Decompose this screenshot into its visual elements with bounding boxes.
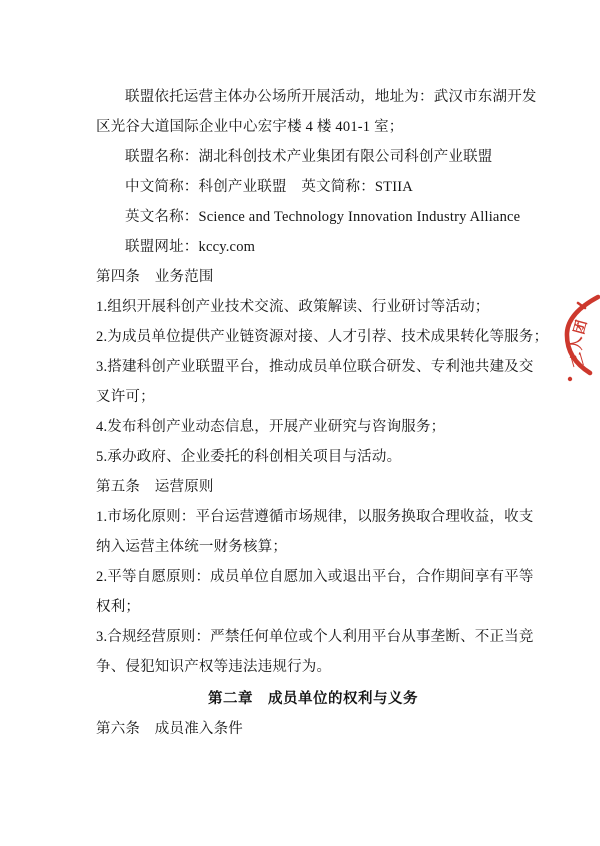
text-line: 2.平等自愿原则：成员单位自愿加入或退出平台，合作期间享有平等	[96, 562, 530, 592]
text-line: 争、侵犯知识产权等违法违规行为。	[96, 652, 530, 682]
document-lines: 联盟依托运营主体办公场所开展活动，地址为：武汉市东湖开发区光谷大道国际企业中心宏…	[96, 82, 530, 744]
text-line: 3.合规经营原则：严禁任何单位或个人利用平台从事垄断、不正当竞	[96, 622, 530, 652]
text-line: 联盟网址：kccy.com	[96, 232, 530, 262]
seal-char: 团	[570, 318, 590, 336]
document-page: 联盟依托运营主体办公场所开展活动，地址为：武汉市东湖开发区光谷大道国际企业中心宏…	[0, 0, 600, 846]
text-line: 中文简称：科创产业联盟 英文简称：STIIA	[96, 172, 530, 202]
text-line: 联盟名称：湖北科创技术产业集团有限公司科创产业联盟	[96, 142, 530, 172]
text-line: 权利；	[96, 592, 530, 622]
text-line: 联盟依托运营主体办公场所开展活动，地址为：武汉市东湖开发	[96, 82, 530, 112]
text-line: 1.市场化原则：平台运营遵循市场规律，以服务换取合理收益，收支	[96, 502, 530, 532]
text-line: 4.发布科创产业动态信息，开展产业研究与咨询服务；	[96, 412, 530, 442]
seal-partial-char-bottom	[568, 377, 572, 381]
text-line: 区光谷大道国际企业中心宏宇楼 4 楼 401-1 室；	[96, 112, 530, 142]
text-line: 5.承办政府、企业委托的科创相关项目与活动。	[96, 442, 530, 472]
text-line: 2.为成员单位提供产业链资源对接、人才引荐、技术成果转化等服务；	[96, 322, 530, 352]
text-line: 1.组织开展科创产业技术交流、政策解读、行业研讨等活动；	[96, 292, 530, 322]
text-line: 3.搭建科创产业联盟平台，推动成员单位联合研发、专利池共建及交	[96, 352, 530, 382]
text-line: 第二章 成员单位的权利与义务	[96, 684, 530, 714]
seal-char: 人	[569, 337, 585, 351]
company-seal-stamp: 团 人 三	[556, 275, 600, 395]
text-line: 叉许可；	[96, 382, 530, 412]
seal-arc	[567, 297, 598, 373]
text-line: 英文名称：Science and Technology Innovation I…	[96, 202, 530, 232]
seal-char: 三	[568, 351, 587, 369]
text-line: 第四条 业务范围	[96, 262, 530, 292]
text-line: 第六条 成员准入条件	[96, 714, 530, 744]
text-line: 纳入运营主体统一财务核算；	[96, 532, 530, 562]
text-line: 第五条 运营原则	[96, 472, 530, 502]
seal-partial-char-top	[578, 303, 585, 308]
